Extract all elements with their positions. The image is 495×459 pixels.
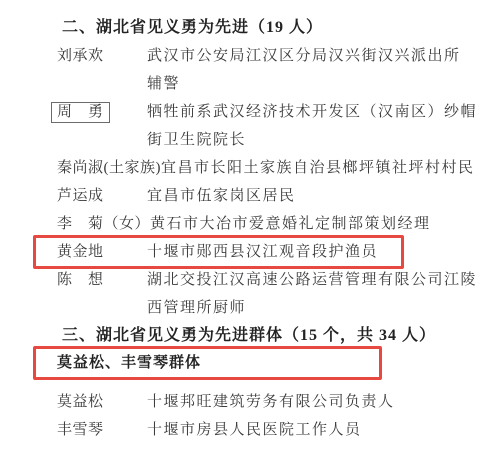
entry-row: 陈 想湖北交投江汉高速公路运营管理有限公司江陵西管理所厨师 bbox=[33, 266, 495, 322]
entry-description: 湖北交投江汉高速公路运营管理有限公司江陵西管理所厨师 bbox=[147, 266, 495, 322]
entry-row-highlighted: 黄金地十堰市郧西县汉江观音段护渔员 bbox=[33, 235, 404, 269]
entry-row: 秦尚淑(土家族)宜昌市长阳土家族自治县榔坪镇社坪村村民 bbox=[33, 154, 495, 182]
entry-row: 芦运成宜昌市伍家岗区居民 bbox=[33, 182, 495, 210]
section: 二、湖北省见义勇为先进（19 人）刘承欢武汉市公安局江汉区分局汉兴街汉兴派出所辅… bbox=[0, 14, 495, 322]
entry-description-line: 牺牲前系武汉经济技术开发区（汉南区）纱帽 bbox=[147, 98, 495, 126]
document-page: 二、湖北省见义勇为先进（19 人）刘承欢武汉市公安局江汉区分局汉兴街汉兴派出所辅… bbox=[0, 0, 495, 459]
entry-name-label: 李 菊（女） bbox=[57, 210, 150, 238]
entry-name: 陈 想 bbox=[57, 266, 147, 322]
entry-name-label: 陈 想 bbox=[57, 266, 104, 294]
entry-name: 黄金地 bbox=[57, 238, 147, 266]
entry-description-line: 宜昌市长阳土家族自治县榔坪镇社坪村村民 bbox=[161, 154, 495, 182]
entry-row: 莫益松十堰邦旺建筑劳务有限公司负责人 bbox=[33, 388, 495, 416]
entry-description-line: 十堰市郧西县汉江观音段护渔员 bbox=[147, 238, 401, 266]
entry-description-line: 辅警 bbox=[147, 70, 495, 98]
section: 三、湖北省见义勇为先进群体（15 个，共 34 人）莫益松、丰雪琴群体莫益松十堰… bbox=[0, 322, 495, 444]
entry-description: 十堰邦旺建筑劳务有限公司负责人 bbox=[147, 388, 495, 416]
entry-row: 李 菊（女）黄石市大冶市爱意婚礼定制部策划经理 bbox=[33, 210, 495, 238]
entry-row: 刘承欢武汉市公安局江汉区分局汉兴街汉兴派出所辅警 bbox=[33, 42, 495, 98]
entry-name: 刘承欢 bbox=[57, 42, 147, 98]
entry-description: 十堰市郧西县汉江观音段护渔员 bbox=[147, 238, 401, 266]
entry-description-line: 武汉市公安局江汉区分局汉兴街汉兴派出所 bbox=[147, 42, 495, 70]
entry-description-line: 十堰邦旺建筑劳务有限公司负责人 bbox=[147, 388, 495, 416]
entry-description: 宜昌市长阳土家族自治县榔坪镇社坪村村民 bbox=[161, 154, 495, 182]
entry-description: 十堰市房县人民医院工作人员 bbox=[147, 416, 495, 444]
document: 二、湖北省见义勇为先进（19 人）刘承欢武汉市公安局江汉区分局汉兴街汉兴派出所辅… bbox=[0, 0, 495, 444]
entry-description-line: 湖北交投江汉高速公路运营管理有限公司江陵 bbox=[147, 266, 495, 294]
entry-description-line: 西管理所厨师 bbox=[147, 294, 495, 322]
entry-name-label: 莫益松 bbox=[57, 388, 104, 416]
entry-description: 宜昌市伍家岗区居民 bbox=[147, 182, 495, 210]
group-name: 莫益松、丰雪琴群体 bbox=[57, 355, 201, 371]
section-heading: 二、湖北省见义勇为先进（19 人） bbox=[62, 14, 495, 42]
entry-description-line: 十堰市房县人民医院工作人员 bbox=[147, 416, 495, 444]
entry-row: 丰雪琴十堰市房县人民医院工作人员 bbox=[33, 416, 495, 444]
entry-name: 莫益松 bbox=[57, 388, 147, 416]
highlighted-group-box: 莫益松、丰雪琴群体 bbox=[33, 346, 382, 380]
entry-description: 黄石市大冶市爱意婚礼定制部策划经理 bbox=[150, 210, 495, 238]
entry-name: 丰雪琴 bbox=[57, 416, 147, 444]
entry-name: 周 勇 bbox=[57, 98, 147, 154]
entry-description: 牺牲前系武汉经济技术开发区（汉南区）纱帽街卫生院院长 bbox=[147, 98, 495, 154]
entry-description-line: 街卫生院院长 bbox=[147, 126, 495, 154]
entry-name-label: 秦尚淑(土家族) bbox=[57, 154, 161, 182]
entry-description: 武汉市公安局江汉区分局汉兴街汉兴派出所辅警 bbox=[147, 42, 495, 98]
entry-name: 秦尚淑(土家族) bbox=[57, 154, 161, 182]
entry-name-label: 刘承欢 bbox=[57, 42, 104, 70]
entry-name: 芦运成 bbox=[57, 182, 147, 210]
entry-description-line: 黄石市大冶市爱意婚礼定制部策划经理 bbox=[150, 210, 495, 238]
entry-description-line: 宜昌市伍家岗区居民 bbox=[147, 182, 495, 210]
entry-name-label: 丰雪琴 bbox=[57, 416, 104, 444]
entry-row: 周 勇牺牲前系武汉经济技术开发区（汉南区）纱帽街卫生院院长 bbox=[33, 98, 495, 154]
section-heading: 三、湖北省见义勇为先进群体（15 个，共 34 人） bbox=[62, 322, 495, 350]
entry-name-boxed-label: 周 勇 bbox=[51, 102, 110, 123]
entry-name: 李 菊（女） bbox=[57, 210, 150, 238]
entry-name-label: 黄金地 bbox=[57, 238, 104, 266]
entry-name-label: 芦运成 bbox=[57, 182, 104, 210]
